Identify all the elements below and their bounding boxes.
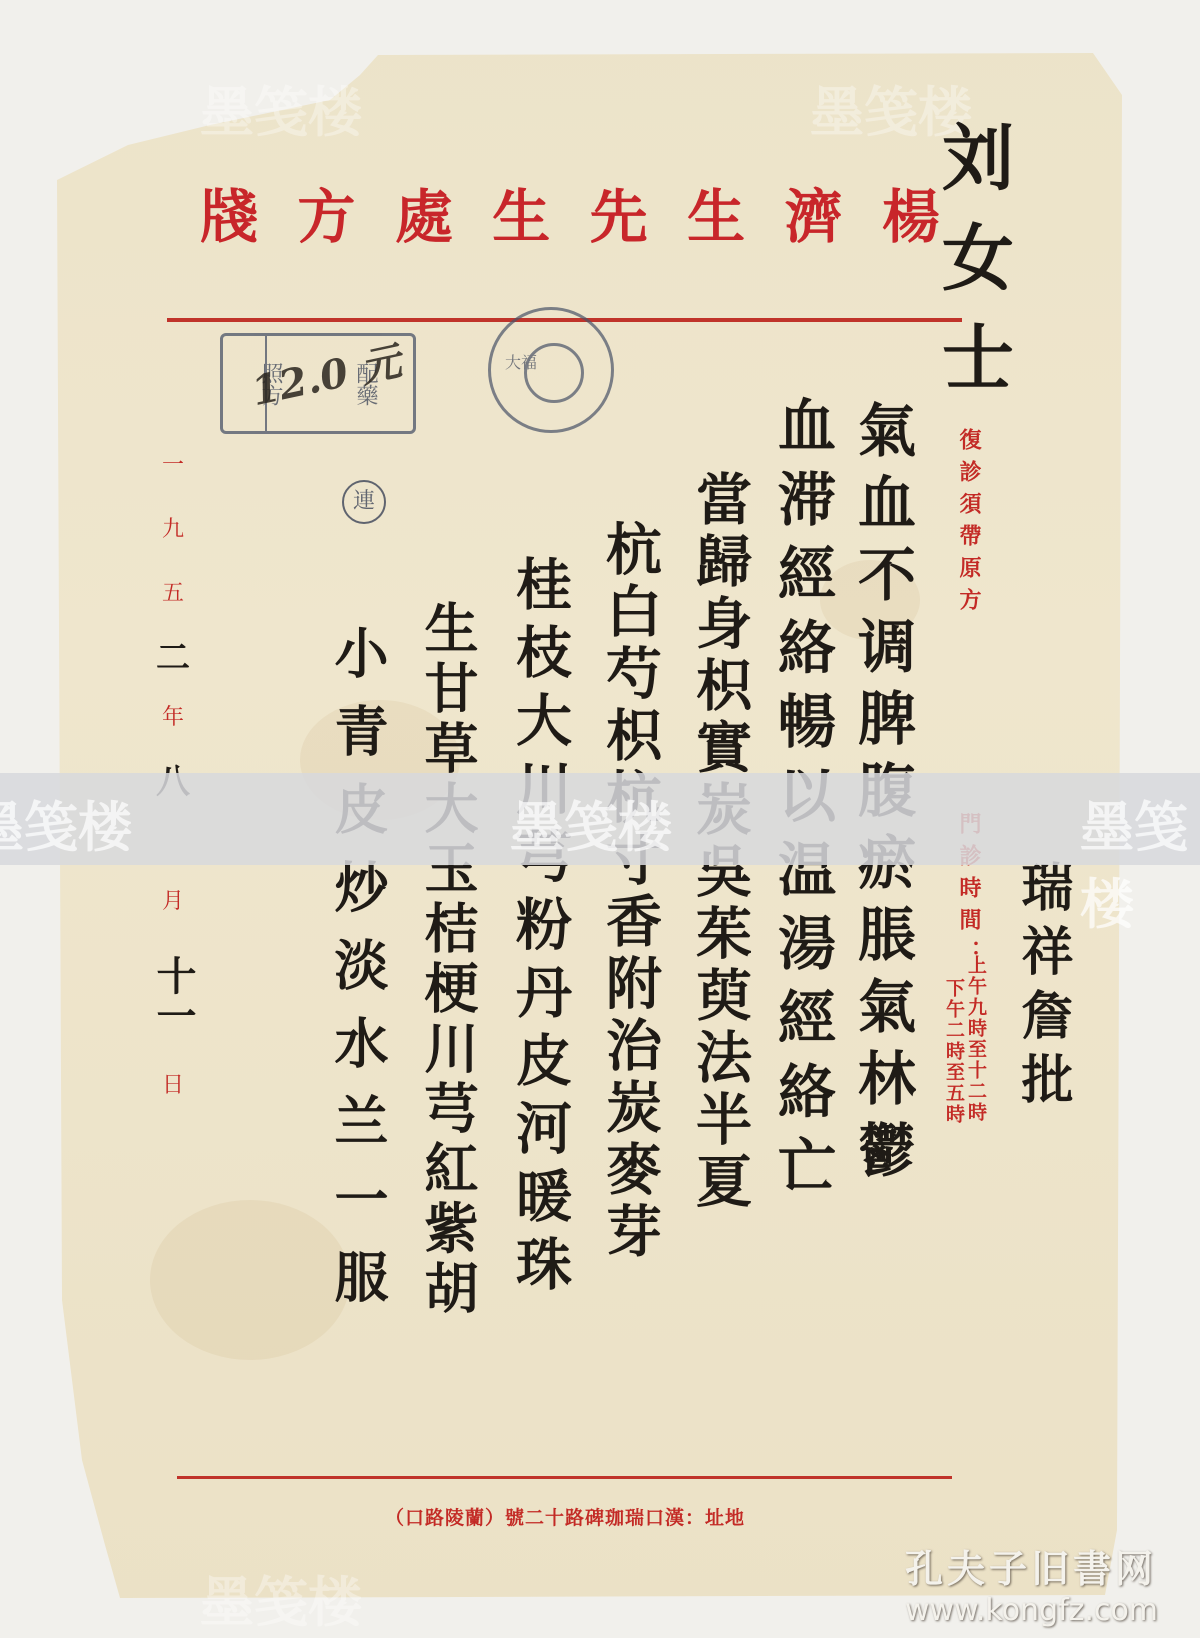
- doctor-signature: 瑞祥詹批: [1005, 860, 1080, 1116]
- date-digit: 九: [162, 519, 184, 583]
- watermark-top-left: 墨笺楼: [200, 70, 362, 147]
- bottom-rule: [177, 1476, 952, 1479]
- day-handwritten: 十一: [162, 955, 184, 1075]
- title-char: 方: [297, 170, 355, 254]
- prescription-column: 小青皮炒淡水兰一服: [320, 625, 397, 1327]
- patient-name: 刘女士: [920, 120, 1024, 420]
- date-digit: 一: [162, 455, 184, 519]
- small-round-seal: 連: [342, 480, 386, 524]
- prescription-column: 桂枝大川芎粉丹皮河暖珠: [500, 555, 580, 1303]
- band-watermark-left: 墨笺楼: [0, 785, 132, 862]
- prescription-column: 杭白芍枳杭寸香附治炭麥芽: [590, 520, 670, 1264]
- watermark-bottom-left: 墨笺楼: [200, 1560, 362, 1637]
- title-char: 先: [590, 170, 648, 254]
- site-name: 孔夫子旧書网: [905, 1538, 1158, 1593]
- title-char: 濟: [785, 170, 843, 254]
- letterhead-title: 楊 濟 生 先 生 處 方 牋: [200, 170, 940, 254]
- seal-text: 大福: [505, 350, 537, 373]
- title-char: 生: [492, 170, 550, 254]
- title-char: 生: [687, 170, 745, 254]
- clinic-address: 地址：漢口瑞珈碑路十二號（蘭陵路口）: [385, 1503, 745, 1530]
- revisit-note: 復診須帶原方: [958, 428, 980, 620]
- month-label: 月: [162, 891, 184, 955]
- title-char: 牋: [200, 170, 258, 254]
- year-handwritten: 二: [156, 647, 190, 707]
- prescription-column: 生甘草大玉桔梗川芎紅紫胡: [410, 600, 487, 1320]
- round-seal: 大福: [488, 307, 614, 433]
- band-watermark-right: 墨笺楼: [1080, 785, 1200, 939]
- hours-afternoon: 下午二時至五時: [944, 978, 963, 1125]
- site-url: www.kongfz.com: [905, 1593, 1158, 1628]
- site-watermark: 孔夫子旧書网 www.kongfz.com: [905, 1538, 1158, 1628]
- title-char: 處: [395, 170, 453, 254]
- hours-morning: 上午九時至十二時: [966, 955, 985, 1123]
- day-label: 日: [162, 1075, 184, 1139]
- band-watermark-center: 墨笺楼: [510, 785, 672, 862]
